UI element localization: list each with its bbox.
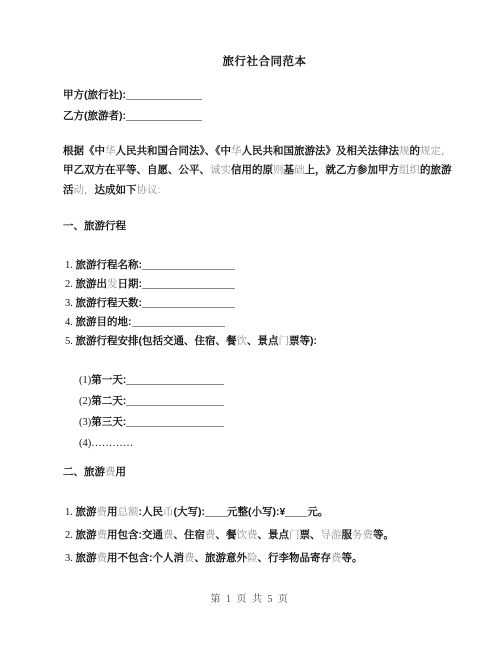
preamble-paragraph: 根据《中华人民共和国合同法》、《中华人民共和国旅游法》及相关法律法规的规定，甲乙…: [63, 142, 466, 200]
text-run: 华: [105, 145, 116, 157]
text-line: 根据《中华人民共和国合同法》、《中华人民共和国旅游法》及相关法律法规的规定，: [63, 142, 466, 161]
text-run: 等。: [373, 529, 394, 541]
section-1-item-list: 1. 旅游行程名称:2. 旅游出发日期:3. 旅游行程天数:4. 旅游目的地:5…: [63, 256, 466, 351]
text-run: 用: [107, 506, 118, 518]
text-run: 甲乙双方在平等、自愿、公平、: [63, 164, 210, 176]
text-run: 4.: [65, 317, 76, 328]
text-run: 则: [273, 164, 284, 176]
text-line: 活动，达成如下协议:: [63, 181, 466, 200]
text-run: 一、旅游行程: [63, 220, 126, 232]
text-run: 2.: [65, 530, 76, 541]
document-content: 旅行社合同范本 甲方(旅行社):乙方(旅游者): 根据《中华人民共和国合同法》、…: [0, 0, 500, 570]
text-run: 等。: [342, 552, 363, 564]
fill-in-blank-line: [126, 110, 202, 121]
text-run: 导游: [321, 529, 342, 541]
text-run: 3.: [65, 553, 76, 564]
text-run: 根据《中: [63, 145, 105, 157]
text-run: 华: [231, 145, 242, 157]
text-run: 费: [184, 552, 195, 564]
fill-in-blank-line: [132, 316, 225, 327]
text-run: 二、旅游: [63, 466, 105, 478]
text-run: 费: [205, 529, 216, 541]
text-run: 旅游出: [76, 278, 108, 290]
text-run: 第一天:: [91, 374, 126, 386]
text-run: 1.: [65, 507, 76, 518]
text-line: 3. 旅游费用不包含:个人消费、旅游意外险、行李物品寄存费等。: [65, 547, 466, 570]
text-run: 乙方(旅游者):: [63, 110, 126, 122]
section-2-heading: 二、旅游费用: [63, 466, 466, 479]
text-line: 二、旅游费用: [63, 466, 466, 479]
text-run: 费: [105, 466, 116, 478]
fill-in-blank-line: [205, 506, 227, 517]
text-line: 1. 旅游费用总额:人民币(大写):元整(小写):¥元。: [65, 501, 466, 524]
text-run: 元整(小写):¥: [227, 506, 285, 518]
text-run: 、景点: [247, 335, 279, 347]
text-run: 费: [97, 552, 108, 564]
text-line: 甲乙双方在平等、自愿、公平、诚实信用的原则基础上，就乙方参加甲方组织的旅游: [63, 161, 466, 180]
section-1-heading: 一、旅游行程: [63, 220, 466, 233]
text-run: 的: [410, 145, 421, 157]
text-run: 基: [284, 164, 295, 176]
text-run: (1): [79, 375, 91, 386]
text-run: 门: [289, 529, 300, 541]
text-run: 旅游: [76, 506, 97, 518]
fill-in-blank-line: [126, 416, 224, 427]
text-run: 信用的原: [231, 164, 273, 176]
text-line: 1. 旅游行程名称:: [65, 256, 466, 275]
text-run: 动，: [74, 184, 95, 196]
text-line: (2)第二天:: [79, 391, 466, 412]
text-run: 旅游: [76, 552, 97, 564]
text-line: 4. 旅游目的地:: [65, 313, 466, 332]
text-run: 服: [342, 529, 353, 541]
text-run: 币: [163, 506, 174, 518]
fill-in-blank-line: [126, 395, 224, 406]
text-line: (1)第一天:: [79, 370, 466, 391]
text-line: 一、旅游行程: [63, 220, 466, 233]
text-line: 5. 旅游行程安排(包括交通、住宿、餐饮、景点门票等):: [65, 332, 466, 351]
page-number-footer: 第 1 页 共 5 页: [0, 593, 500, 606]
text-line: (3)第三天:: [79, 412, 466, 433]
text-run: 门: [279, 335, 290, 347]
text-run: 甲方(旅行社):: [63, 89, 126, 101]
document-title: 旅行社合同范本: [63, 55, 466, 69]
text-run: 、餐: [216, 529, 237, 541]
text-run: (3): [79, 417, 91, 428]
text-run: 5.: [65, 336, 76, 347]
text-run: 票等):: [289, 335, 317, 347]
text-run: 元。: [307, 506, 328, 518]
party-block: 甲方(旅行社):乙方(旅游者):: [63, 85, 466, 127]
text-line: 甲方(旅行社):: [63, 85, 466, 106]
text-run: 旅游目的地:: [76, 316, 132, 328]
text-run: 第二天:: [91, 395, 126, 407]
text-run: 、景点: [258, 529, 290, 541]
text-run: 人民共和国合同法》、《中: [116, 145, 232, 157]
text-run: 规: [399, 145, 410, 157]
text-run: 、住宿: [174, 529, 206, 541]
text-run: 协议:: [137, 184, 161, 196]
text-run: (2): [79, 396, 91, 407]
text-line: 乙方(旅游者):: [63, 106, 466, 127]
text-run: 人民共和国旅游法》及相关法律法: [242, 145, 400, 157]
fill-in-blank-line: [126, 89, 202, 100]
fill-in-blank-line: [142, 297, 235, 308]
text-run: 础: [294, 164, 305, 176]
text-run: 2.: [65, 279, 76, 290]
text-run: 规定，: [420, 145, 452, 157]
text-run: 活: [63, 184, 74, 196]
itinerary-day-list: (1)第一天:(2)第二天:(3)第三天:(4)…………: [63, 370, 466, 454]
text-run: 用包含:交通: [107, 529, 163, 541]
text-run: 达成如下: [95, 184, 137, 196]
text-run: 3.: [65, 298, 76, 309]
text-run: 1.: [65, 260, 76, 271]
fill-in-blank-line: [285, 506, 307, 517]
text-run: 旅游行程名称:: [76, 259, 143, 271]
text-run: 旅游: [76, 529, 97, 541]
section-2-item-list: 1. 旅游费用总额:人民币(大写):元整(小写):¥元。2. 旅游费用包含:交通…: [63, 501, 466, 570]
text-run: 发: [107, 278, 118, 290]
text-run: 诚实: [210, 164, 231, 176]
text-run: 费: [97, 506, 108, 518]
text-run: 、行李物品寄存: [258, 552, 332, 564]
text-run: 费: [163, 529, 174, 541]
text-run: 票、: [300, 529, 321, 541]
text-run: (4)…………: [79, 438, 133, 449]
text-run: 用: [116, 466, 127, 478]
text-run: 险: [247, 552, 258, 564]
text-line: 3. 旅游行程天数:: [65, 294, 466, 313]
text-run: 上，就乙方参加甲方: [305, 164, 400, 176]
text-run: :人民: [139, 506, 164, 518]
text-run: 饮: [237, 335, 248, 347]
fill-in-blank-line: [142, 259, 235, 270]
text-run: 总额: [118, 506, 139, 518]
text-run: 的旅游: [420, 164, 452, 176]
text-run: 用不包含:个人消: [107, 552, 184, 564]
text-run: 费: [97, 529, 108, 541]
text-run: 饮费: [237, 529, 258, 541]
text-line: (4)…………: [79, 433, 466, 454]
text-run: 组织: [399, 164, 420, 176]
text-line: 2. 旅游出发日期:: [65, 275, 466, 294]
text-run: 第三天:: [91, 416, 126, 428]
contract-document-page: 旅行社合同范本 甲方(旅行社):乙方(旅游者): 根据《中华人民共和国合同法》、…: [0, 0, 500, 647]
text-run: 务费: [352, 529, 373, 541]
text-run: 旅游行程天数:: [76, 297, 143, 309]
text-run: 费: [331, 552, 342, 564]
text-run: 旅游行程安排(包括交通、住宿、餐: [76, 335, 237, 347]
text-run: (大写):: [174, 506, 206, 518]
text-run: 、旅游意外: [195, 552, 248, 564]
text-line: 2. 旅游费用包含:交通费、住宿费、餐饮费、景点门票、导游服务费等。: [65, 524, 466, 547]
text-run: 日期:: [118, 278, 143, 290]
fill-in-blank-line: [126, 374, 224, 385]
fill-in-blank-line: [142, 278, 235, 289]
